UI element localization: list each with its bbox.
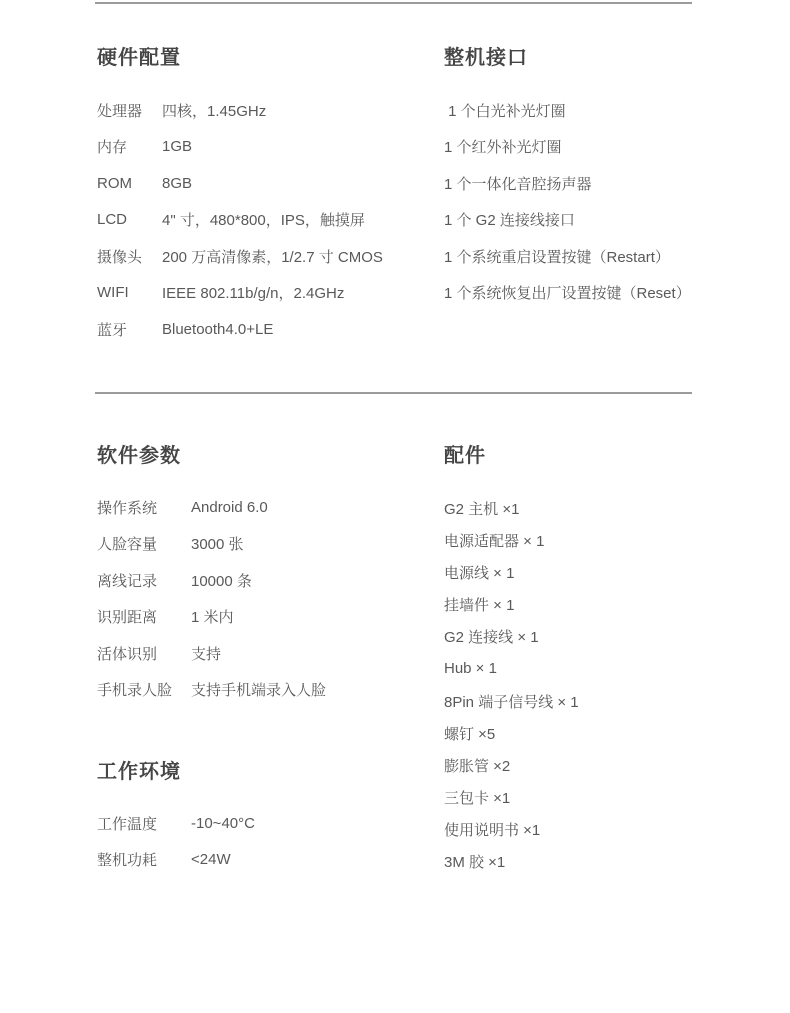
interfaces-section-title: 整机接口 — [444, 46, 528, 70]
list-item: 电源适配器 × 1 — [444, 524, 784, 556]
software-section-title: 软件参数 — [97, 444, 181, 468]
accessories-section-title: 配件 — [444, 444, 486, 468]
hardware-spec-table: 处理器 四核，1.45GHz 内存 1GB ROM 8GB LCD 4" 寸，4… — [97, 92, 442, 348]
list-item: 1 个 G2 连接线接口 — [444, 202, 784, 239]
spec-label: 人脸容量 — [97, 533, 191, 554]
list-item: 1 个系统恢复出厂设置按键（Reset） — [444, 275, 784, 312]
spec-value: -10~40°C — [191, 815, 255, 832]
spec-value: Android 6.0 — [191, 499, 268, 516]
list-item: 电源线 × 1 — [444, 556, 784, 588]
spec-label: 摄像头 — [97, 246, 162, 267]
spec-value: 3000 张 — [191, 533, 244, 554]
spec-row: LCD 4" 寸，480*800，IPS，触摸屏 — [97, 202, 442, 239]
list-item: 1 个系统重启设置按键（Restart） — [444, 238, 784, 275]
spec-row: 摄像头 200 万高清像素，1/2.7 寸 CMOS — [97, 238, 442, 275]
spec-label: WIFI — [97, 284, 162, 301]
spec-row: WIFI IEEE 802.11b/g/n，2.4GHz — [97, 275, 442, 312]
list-item: 使用说明书 ×1 — [444, 814, 784, 846]
hardware-section-title: 硬件配置 — [97, 46, 181, 70]
environment-spec-table: 工作温度 -10~40°C 整机功耗 <24W — [97, 805, 442, 878]
spec-label: 识别距离 — [97, 606, 191, 627]
spec-value: 200 万高清像素，1/2.7 寸 CMOS — [162, 246, 383, 267]
spec-row: 离线记录 10000 条 — [97, 562, 442, 599]
spec-label: 内存 — [97, 136, 162, 157]
spec-label: 离线记录 — [97, 570, 191, 591]
software-spec-table: 操作系统 Android 6.0 人脸容量 3000 张 离线记录 10000 … — [97, 489, 442, 708]
spec-row: 人脸容量 3000 张 — [97, 526, 442, 563]
spec-value: 10000 条 — [191, 570, 252, 591]
spec-label: 手机录人脸 — [97, 679, 191, 700]
spec-value: 1GB — [162, 138, 192, 155]
spec-value: Bluetooth4.0+LE — [162, 321, 273, 338]
spec-value: 4" 寸，480*800，IPS，触摸屏 — [162, 209, 365, 230]
spec-label: 工作温度 — [97, 813, 191, 834]
spec-label: 操作系统 — [97, 497, 191, 518]
middle-divider — [95, 392, 692, 394]
spec-label: 整机功耗 — [97, 849, 191, 870]
spec-row: 手机录人脸 支持手机端录入人脸 — [97, 672, 442, 709]
environment-section-title: 工作环境 — [97, 760, 181, 784]
spec-value: 四核，1.45GHz — [162, 100, 266, 121]
list-item: 1 个白光补光灯圈 — [444, 92, 784, 129]
spec-value: 支持手机端录入人脸 — [191, 679, 326, 700]
spec-value: 支持 — [191, 643, 221, 664]
spec-row: 内存 1GB — [97, 129, 442, 166]
spec-row: 识别距离 1 米内 — [97, 599, 442, 636]
list-item: 1 个一体化音腔扬声器 — [444, 165, 784, 202]
list-item: G2 主机 ×1 — [444, 492, 784, 524]
interfaces-list: 1 个白光补光灯圈 1 个红外补光灯圈 1 个一体化音腔扬声器 1 个 G2 连… — [444, 92, 784, 311]
spec-label: ROM — [97, 175, 162, 192]
list-item: 8Pin 端子信号线 × 1 — [444, 685, 784, 717]
spec-label: LCD — [97, 211, 162, 228]
list-item: 膨胀管 ×2 — [444, 749, 784, 781]
spec-sheet-page: 硬件配置 处理器 四核，1.45GHz 内存 1GB ROM 8GB LCD 4… — [0, 0, 790, 1013]
spec-row: 蓝牙 Bluetooth4.0+LE — [97, 311, 442, 348]
list-item: 挂墙件 × 1 — [444, 588, 784, 620]
list-item: G2 连接线 × 1 — [444, 621, 784, 653]
list-item: 螺钉 ×5 — [444, 717, 784, 749]
spec-label: 蓝牙 — [97, 319, 162, 340]
spec-row: 整机功耗 <24W — [97, 842, 442, 879]
spec-row: 操作系统 Android 6.0 — [97, 489, 442, 526]
accessories-list: G2 主机 ×1 电源适配器 × 1 电源线 × 1 挂墙件 × 1 G2 连接… — [444, 492, 784, 878]
spec-value: IEEE 802.11b/g/n，2.4GHz — [162, 282, 344, 303]
spec-value: <24W — [191, 851, 231, 868]
list-item: Hub × 1 — [444, 653, 784, 685]
spec-row: 活体识别 支持 — [97, 635, 442, 672]
spec-row: ROM 8GB — [97, 165, 442, 202]
list-item: 三包卡 ×1 — [444, 781, 784, 813]
spec-value: 1 米内 — [191, 606, 234, 627]
top-divider — [95, 2, 692, 4]
list-item: 3M 胶 ×1 — [444, 846, 784, 878]
spec-row: 处理器 四核，1.45GHz — [97, 92, 442, 129]
spec-label: 处理器 — [97, 100, 162, 121]
spec-row: 工作温度 -10~40°C — [97, 805, 442, 842]
spec-value: 8GB — [162, 175, 192, 192]
list-item: 1 个红外补光灯圈 — [444, 129, 784, 166]
spec-label: 活体识别 — [97, 643, 191, 664]
